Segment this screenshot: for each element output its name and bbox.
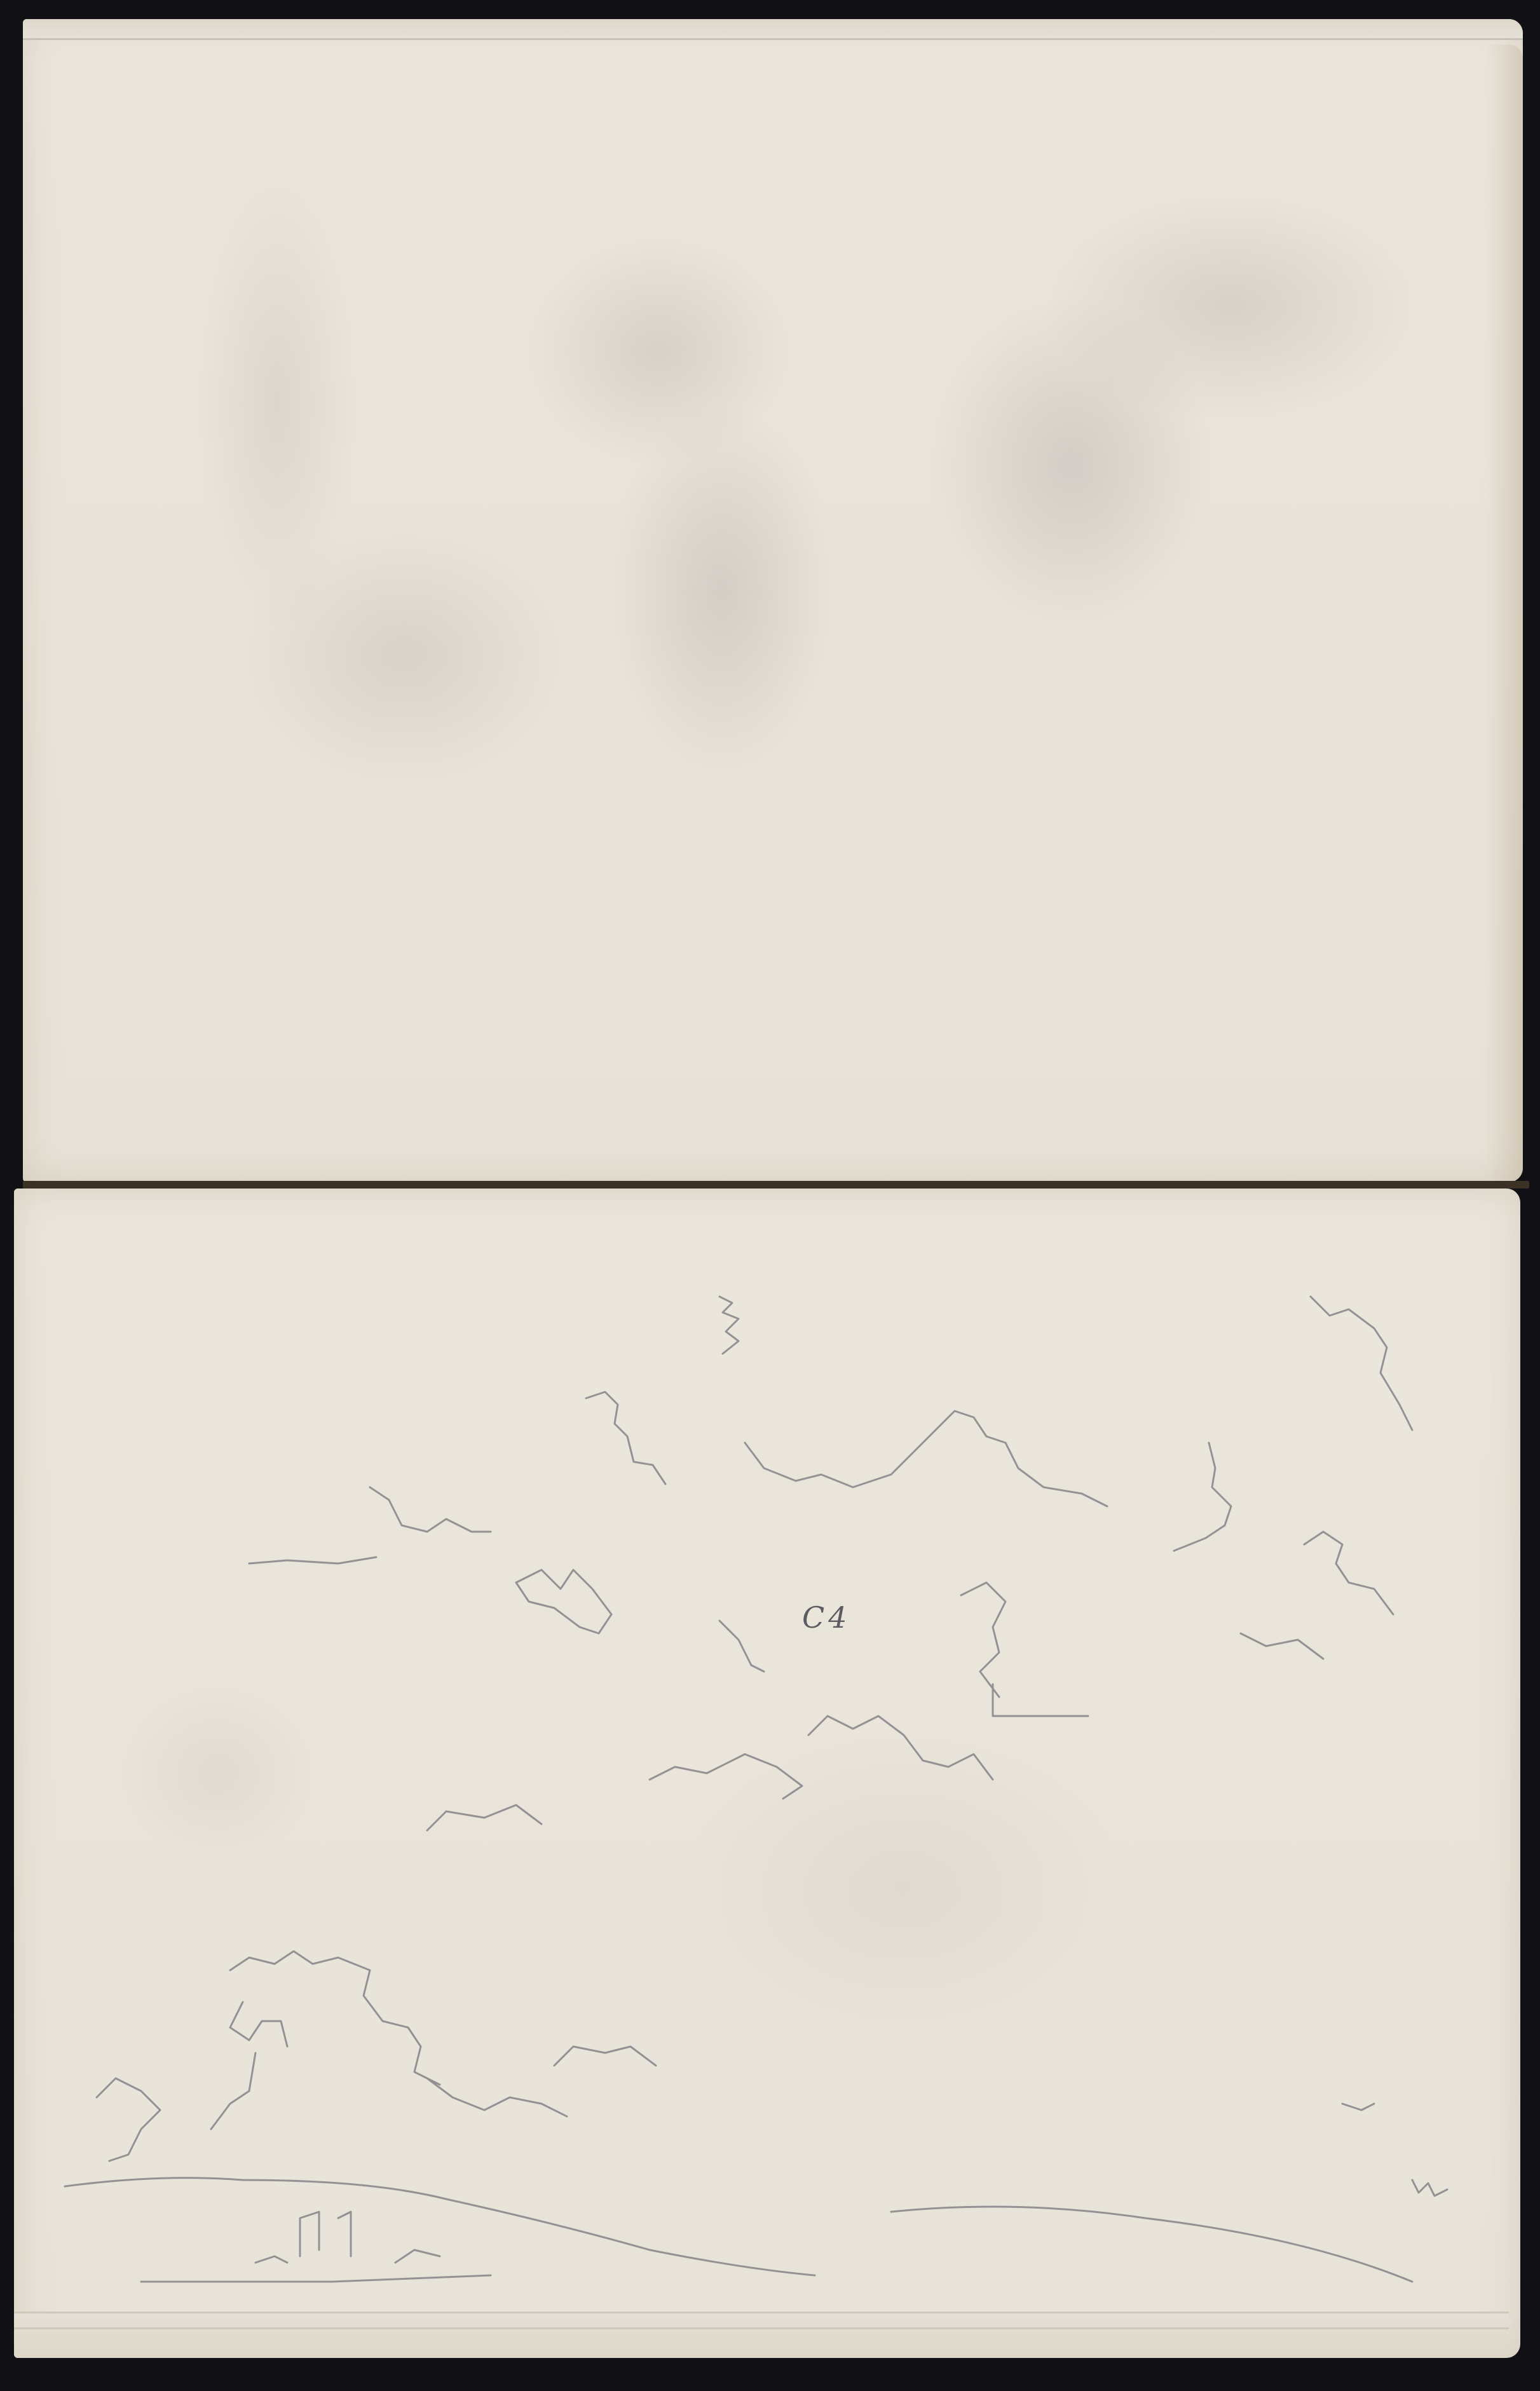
pencil-annotation: C4	[802, 1600, 850, 1635]
top-page	[23, 19, 1523, 1182]
sketchbook-scan: C4	[0, 0, 1540, 2391]
bottom-page-edge	[14, 2312, 1509, 2358]
top-page-fore-edge	[1485, 44, 1523, 1182]
binding-gutter	[23, 1181, 1529, 1189]
pencil-sketch	[14, 1189, 1520, 2358]
top-page-edge	[23, 19, 1523, 40]
bottom-page: C4	[14, 1189, 1520, 2358]
